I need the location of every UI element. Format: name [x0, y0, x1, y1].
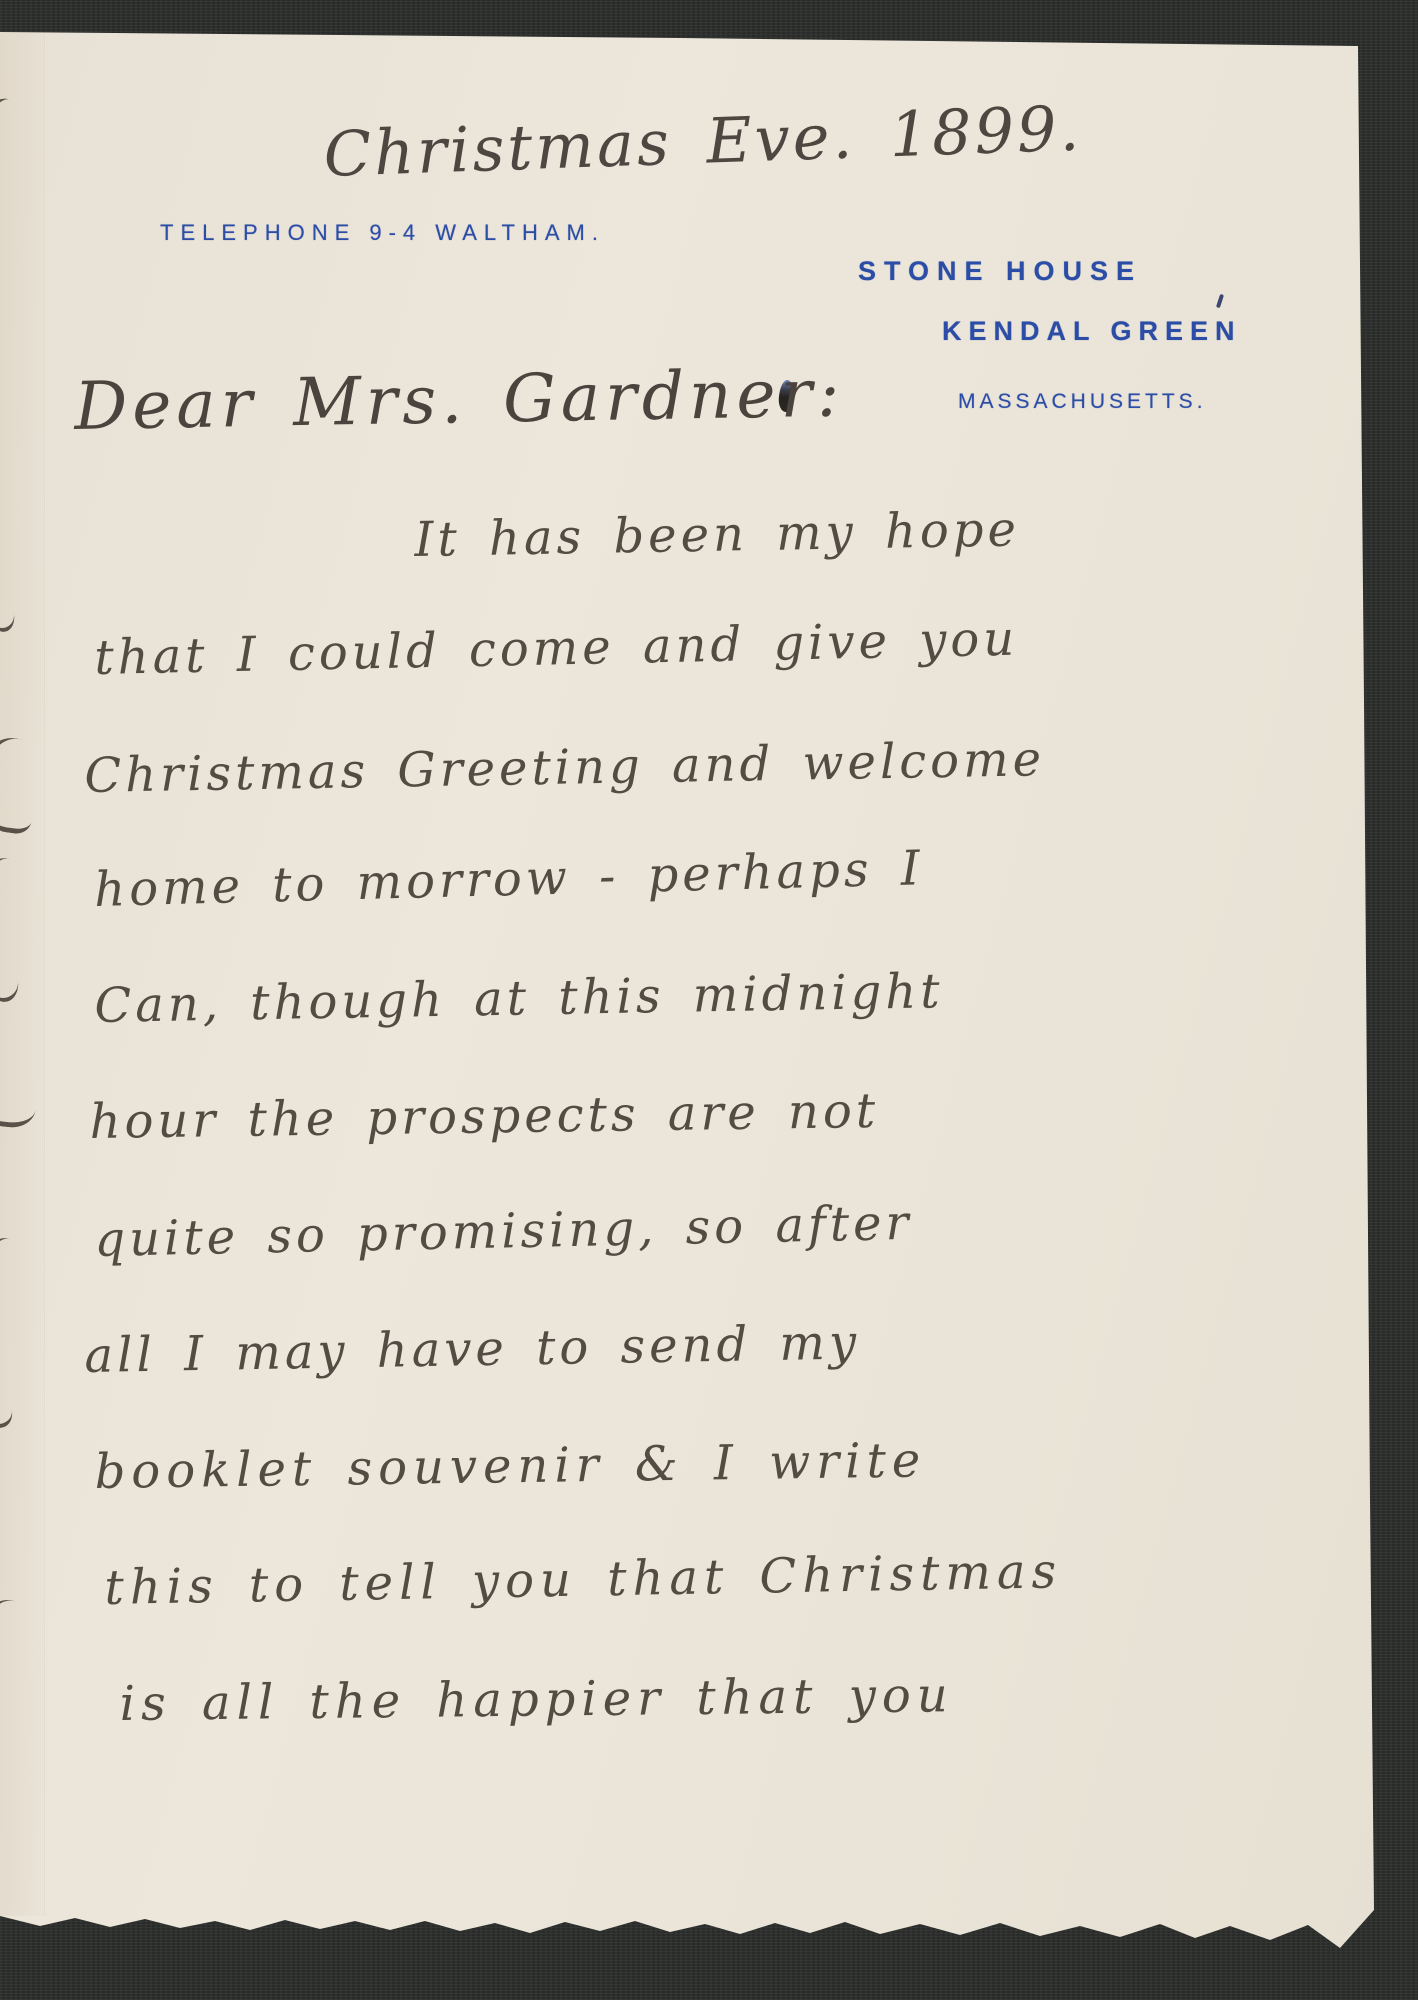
handwritten-line: Can, though at this midnight: [94, 963, 944, 1034]
handwritten-line: It has been my hope: [414, 501, 1020, 568]
paper-crease: [44, 32, 47, 1916]
letterhead-stone-house: STONE HOUSE: [858, 256, 1142, 287]
handwritten-salutation: Dear Mrs. Gardner:: [74, 355, 845, 445]
handwritten-line: hour the prospects are not: [89, 1083, 879, 1150]
letterhead-telephone: TELEPHONE 9-4 WALTHAM.: [160, 220, 605, 246]
handwritten-line: all I may have to send my: [84, 1314, 860, 1384]
handwritten-line: home to morrow - perhaps I: [94, 840, 925, 918]
letter-scan: TELEPHONE 9-4 WALTHAM. STONE HOUSE KENDA…: [0, 0, 1418, 2000]
handwritten-date: Christmas Eve. 1899.: [322, 92, 1083, 191]
handwritten-line: booklet souvenir & I write: [94, 1432, 926, 1500]
stray-ink-tick: [1216, 294, 1224, 309]
letterhead-kendal-green: KENDAL GREEN: [942, 316, 1242, 347]
letter-paper: TELEPHONE 9-4 WALTHAM. STONE HOUSE KENDA…: [0, 0, 1418, 2000]
handwritten-line: Christmas Greeting and welcome: [84, 731, 1045, 804]
handwritten-line: is all the happier that you: [119, 1667, 953, 1732]
letterhead-massachusetts: MASSACHUSETTS.: [958, 390, 1207, 414]
handwritten-line: this to tell you that Christmas: [104, 1543, 1063, 1616]
handwritten-line: that I could come and give you: [94, 611, 1019, 686]
handwritten-line: quite so promising, so after: [94, 1195, 913, 1268]
